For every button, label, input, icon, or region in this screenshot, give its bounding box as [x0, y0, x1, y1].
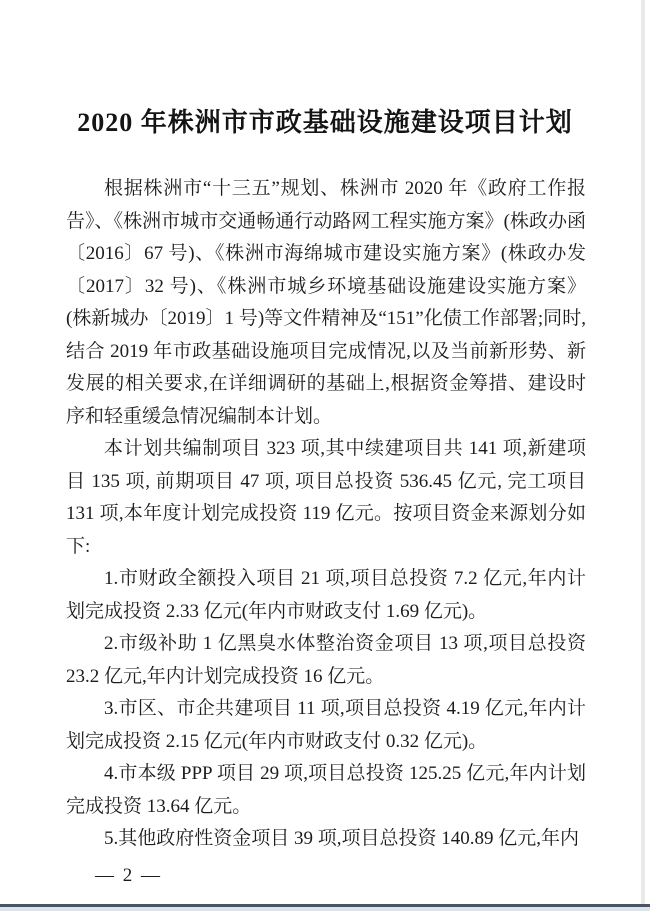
page-number: — 2 —: [95, 863, 650, 889]
paragraph-item-2: 2.市级补助 1 亿黑臭水体整治资金项目 13 项,项目总投资 23.2 亿元,…: [66, 628, 586, 693]
paragraph-item-5: 5.其他政府性资金项目 39 项,项目总投资 140.89 亿元,年内: [66, 823, 586, 856]
document-title: 2020 年株洲市市政基础设施建设项目计划: [0, 103, 650, 143]
paragraph-intro: 根据株洲市“十三五”规划、株洲市 2020 年《政府工作报告》、《株洲市城市交通…: [66, 173, 586, 433]
scan-bottom-light-bar: [0, 907, 650, 911]
document-body: 根据株洲市“十三五”规划、株洲市 2020 年《政府工作报告》、《株洲市城市交通…: [66, 173, 586, 856]
paragraph-summary: 本计划共编制项目 323 项,其中续建项目共 141 项,新建项目 135 项,…: [66, 433, 586, 563]
scan-bottom-dark-bar: [0, 904, 650, 907]
paragraph-item-4: 4.市本级 PPP 项目 29 项,项目总投资 125.25 亿元,年内计划完成…: [66, 758, 586, 823]
paragraph-item-1: 1.市财政全额投入项目 21 项,项目总投资 7.2 亿元,年内计划完成投资 2…: [66, 563, 586, 628]
document-page: 2020 年株洲市市政基础设施建设项目计划 根据株洲市“十三五”规划、株洲市 2…: [0, 0, 650, 911]
paragraph-item-3: 3.市区、市企共建项目 11 项,项目总投资 4.19 亿元,年内计划完成投资 …: [66, 693, 586, 758]
scan-edge-right-line: [641, 0, 645, 904]
